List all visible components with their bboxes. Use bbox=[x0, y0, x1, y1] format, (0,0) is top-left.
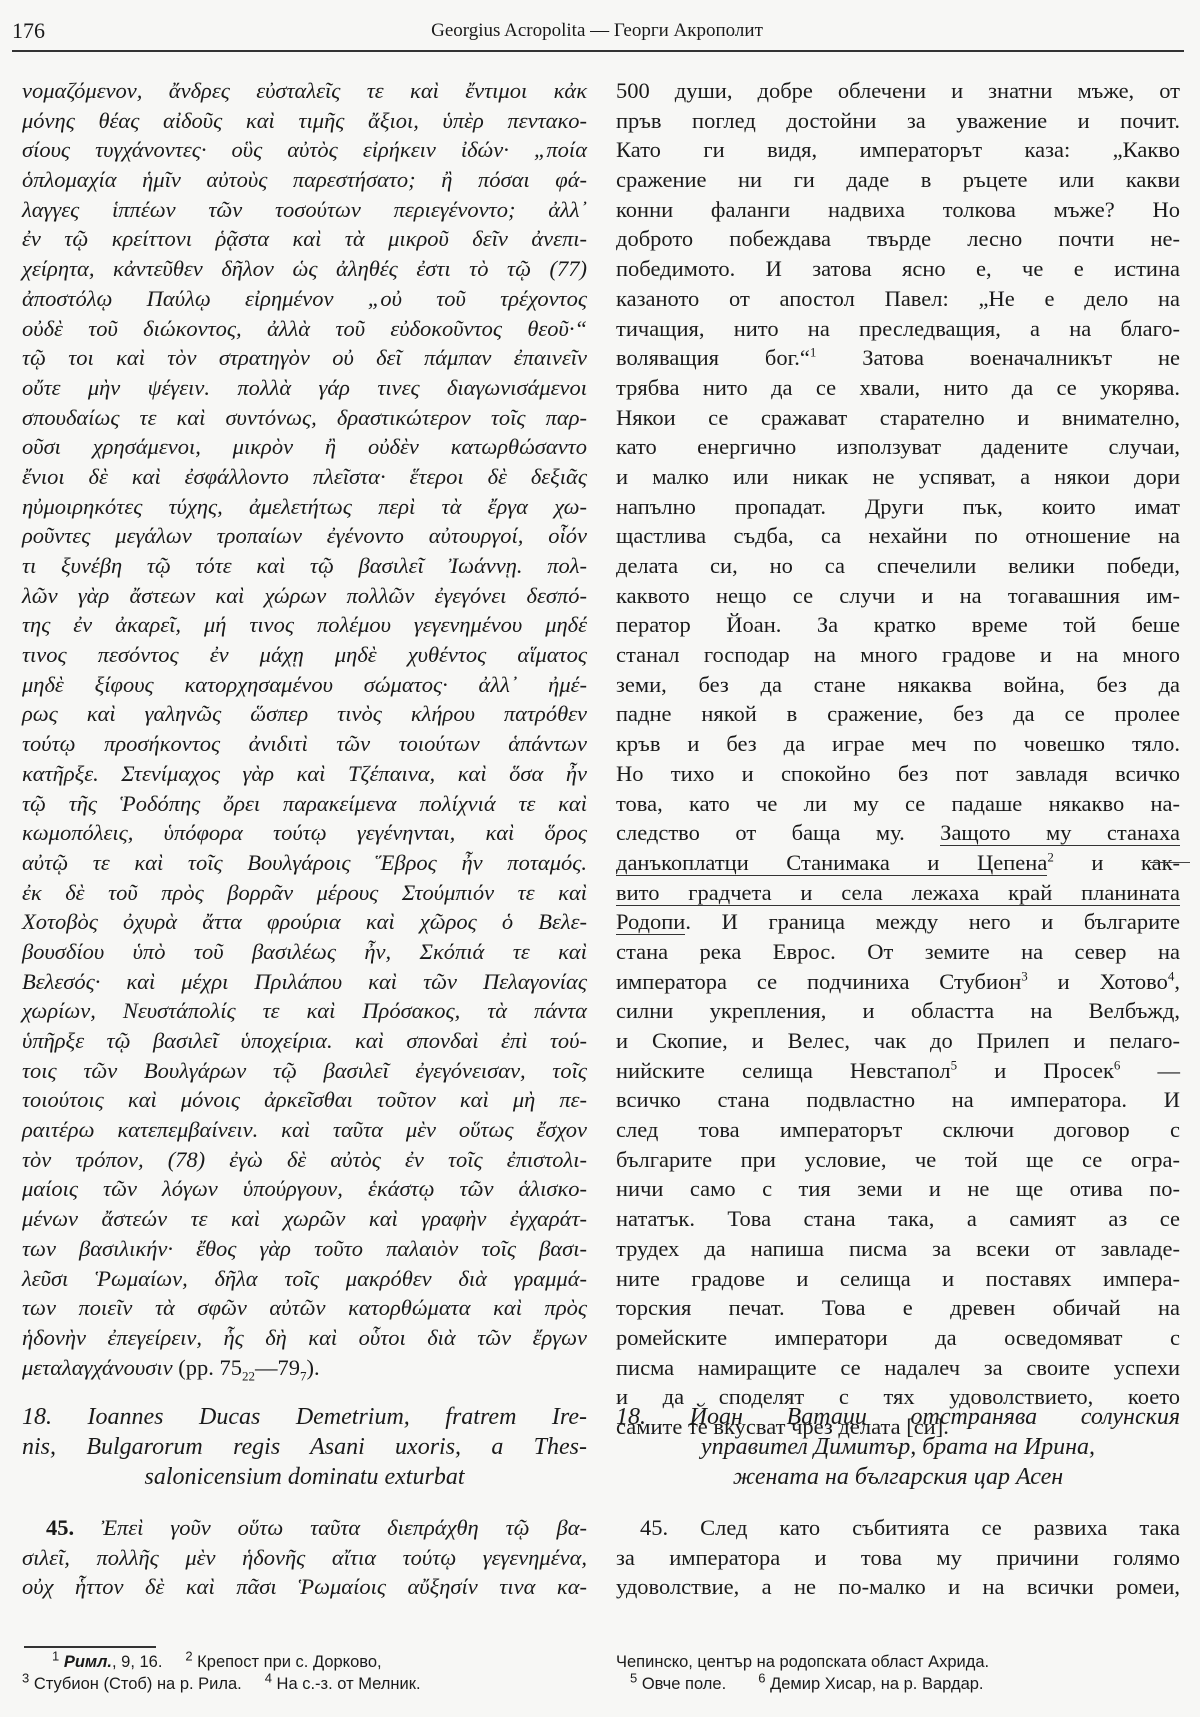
text-fragment: Затова военачалникът не bbox=[816, 345, 1180, 370]
page-ref-prefix: (pp. 75 bbox=[178, 1355, 242, 1380]
text-line: σίους τυγχάνοντες· οὓς αὐτὸς εἰρήκειν ἰδ… bbox=[22, 135, 587, 165]
text-line: и малко или никак не успяват, а някои до… bbox=[616, 462, 1180, 492]
text-line: конни фаланги надвиха толкова мъже? Но bbox=[616, 195, 1180, 225]
text-line: торския печат. Това е древен обичай на bbox=[616, 1293, 1180, 1323]
last-line-text: μεταλαγχάνουσιν bbox=[22, 1355, 173, 1380]
paragraph-number: 45. bbox=[46, 1515, 74, 1540]
text-line: вито градчета и села лежаха край планина… bbox=[616, 878, 1180, 908]
text-line: ὁπλομαχία ἡμῖν αὐτοὺς παρεστήσατο; ἢ πόσ… bbox=[22, 165, 587, 195]
text-line: ἡδονὴν ἐπεγείρειν, ἧς δὴ καὶ οὗτοι διὰ τ… bbox=[22, 1323, 587, 1353]
text-line: ἐν τῷ κρείττονι ῥᾷστα καὶ τὰ μικροῦ δεῖν… bbox=[22, 224, 587, 254]
text-fragment: императора се подчиниха Стубион bbox=[616, 969, 1021, 994]
title-line: 18. Йоан Ватаци отстранява солунския bbox=[616, 1402, 1180, 1432]
title-line: управител Димитър, брата на Ирина, bbox=[616, 1432, 1180, 1462]
footnote-text: , 9, 16. bbox=[112, 1653, 162, 1671]
text-line: τοις τῶν Βουλγάρων τῷ βασιλεῖ ἐγεγόνεισα… bbox=[22, 1056, 587, 1086]
footnote-number: 4 bbox=[265, 1671, 272, 1686]
text-line: λεῦσι Ῥωμαίων, δῆλα τοῖς μακρόθεν διὰ γρ… bbox=[22, 1264, 587, 1294]
text-line: станал господар на много градове и на мн… bbox=[616, 640, 1180, 670]
text-line: μαίοις τῶν λόγων ὑπούργουν, ἑκάστῳ τῶν ἁ… bbox=[22, 1174, 587, 1204]
footnote-number: 1 bbox=[52, 1649, 59, 1664]
text-line: нийските селища Невстапол5 и Просек6 — bbox=[616, 1056, 1180, 1086]
text-line: ηὐμοιρηκότες τύχης, ἀμελετήτως περὶ τὰ ἔ… bbox=[22, 492, 587, 522]
text-line: победимото. И затова ясно е, че е истина bbox=[616, 254, 1180, 284]
page-ref-line-start: 22 bbox=[242, 1368, 255, 1383]
underlined-passage: вито градчета и села лежаха край планина… bbox=[616, 880, 1180, 906]
footnote-text: Овче поле. bbox=[637, 1675, 726, 1693]
text-line: χωρίων, Νευστάπολίς τε καὶ Πρόσακος, τὰ … bbox=[22, 996, 587, 1026]
text-line: пръв поглед достойни за уважение и почит… bbox=[616, 106, 1180, 136]
text-line: ἐκ δὲ τοῦ πρὸς βορρᾶν μέρους Στούμπιόν τ… bbox=[22, 878, 587, 908]
text-line: ἔνιοι δὲ καὶ ἐσφάλλοντο πλεῖστα· ἕτεροι … bbox=[22, 462, 587, 492]
text-line: ператор Йоан. За кратко време той беше bbox=[616, 610, 1180, 640]
pencil-mark bbox=[1150, 862, 1190, 863]
text-line: χείρητα, κἀντεῦθεν δῆλον ὡς ἀληθές ἐστι … bbox=[22, 254, 587, 284]
text-line: αὐτῷ τε καὶ τοῖς Βουλγάροις Ἕβρος ἦν ποτ… bbox=[22, 848, 587, 878]
text-line: οὐχ ἧττον δὲ καὶ πᾶσι Ῥωμαίοις αὔξησίν τ… bbox=[22, 1572, 587, 1602]
text-line: των βασιλικήν· ἔθος γὰρ τοῦτο παλαιὸν το… bbox=[22, 1234, 587, 1264]
text-line: σιλεῖ, πολλῆς μὲν ἡδονῆς αἴτια τούτῳ γεγ… bbox=[22, 1543, 587, 1573]
text-line: каквото нещо се случи и на тогавашния им… bbox=[616, 581, 1180, 611]
text-line: ните градове и селища и поставях импера- bbox=[616, 1264, 1180, 1294]
text-fragment: Ἐπεὶ γοῦν οὕτω ταῦτα διεπράχθη τῷ βα- bbox=[101, 1515, 587, 1540]
text-line: τῷ τῆς Ῥοδόπης ὄρει παρακείμενα πολίχνιά… bbox=[22, 789, 587, 819]
text-line: 45. След като събитията се развиха така bbox=[616, 1513, 1180, 1543]
text-line: τοιούτοις καὶ μόνοις ἀρκεῖσθαι τοῦτον κα… bbox=[22, 1085, 587, 1115]
page-reference: (pp. 7522—797). bbox=[178, 1355, 319, 1380]
text-line: напълно пропадат. Други пък, които имат bbox=[616, 492, 1180, 522]
text-line: τῷ τοι καὶ τὸν στρατηγὸν οὐ δεῖ πάμπαν ἐ… bbox=[22, 343, 587, 373]
text-line: των ποιεῖν τὰ σφῶν αὐτῶν κατορθώματα καὶ… bbox=[22, 1293, 587, 1323]
text-line: μηδὲ ξίφους κατορχησαμένου σώματος· ἀλλ᾽… bbox=[22, 670, 587, 700]
footnotes-right: Чепинско, център на родопската област Ах… bbox=[616, 1651, 1180, 1695]
text-line: ничи само с тия земи и не ще отива по- bbox=[616, 1174, 1180, 1204]
text-line: Но тихо и спокойно без пот завладя всичк… bbox=[616, 759, 1180, 789]
section-title-latin: 18. Ioannes Ducas Demetrium, fratrem Ire… bbox=[22, 1402, 587, 1492]
text-line: щастлива съдба, са нехайни по отношение … bbox=[616, 521, 1180, 551]
text-fragment: следство от баща му. bbox=[616, 820, 940, 845]
text-fragment: — bbox=[1120, 1058, 1180, 1083]
title-line: salonicensium dominatu exturbat bbox=[22, 1462, 587, 1492]
text-line: κατῆρξε. Στενίμαχος γὰρ καὶ Τζέπαινα, κα… bbox=[22, 759, 587, 789]
text-line: οὐδὲ τοῦ διώκοντος, ἀλλὰ τοῦ εὐδοκοῦντος… bbox=[22, 314, 587, 344]
section-title-bulgarian: 18. Йоан Ватаци отстранява солунския упр… bbox=[616, 1402, 1180, 1492]
text-fragment: и Хотово bbox=[1028, 969, 1168, 994]
text-line: τινος πεσόντος ἐν μάχῃ μηδὲ χυθέντος αἵμ… bbox=[22, 640, 587, 670]
text-line: кръв и без да играе меч по човешко тяло. bbox=[616, 729, 1180, 759]
text-line: Някои се сражават старателно и внимателн… bbox=[616, 403, 1180, 433]
text-fragment: нийските селища Невстапол bbox=[616, 1058, 951, 1083]
text-line: земи, без да стане някаква война, без да bbox=[616, 670, 1180, 700]
paragraph-45-greek: 45. Ἐπεὶ γοῦν οὕτω ταῦτα διεπράχθη τῷ βα… bbox=[22, 1513, 587, 1602]
text-line: и Скопие, и Велес, чак до Прилеп и пелаг… bbox=[616, 1026, 1180, 1056]
footnote-text: Стубион (Стоб) на р. Рила. bbox=[29, 1675, 242, 1693]
text-line: следство от баща му. Защото му станаха bbox=[616, 818, 1180, 848]
text-line: 500 души, добре облечени и знатни мъже, … bbox=[616, 76, 1180, 106]
text-line: стана река Еврос. От земите на север на bbox=[616, 937, 1180, 967]
text-line: οῦσι χρησάμενοι, μικρὸν ἢ οὐδὲν κατωρθώσ… bbox=[22, 432, 587, 462]
footnote-text: Крепост при с. Дорково, bbox=[193, 1653, 382, 1671]
text-line: нататък. Това стана така, а самият аз се bbox=[616, 1204, 1180, 1234]
footnote-line: Чепинско, център на родопската област Ах… bbox=[616, 1651, 1180, 1673]
title-line: nis, Bulgarorum regis Asani uxoris, a Th… bbox=[22, 1432, 587, 1462]
text-line: ρως καὶ γαληνῶς ὥσπερ τινὸς κλήρου πατρό… bbox=[22, 699, 587, 729]
text-line: 45. Ἐπεὶ γοῦν οὕτω ταῦτα διεπράχθη τῷ βα… bbox=[22, 1513, 587, 1543]
text-line: Като ги видя, императорът каза: „Какво bbox=[616, 135, 1180, 165]
underlined-passage: Родопи bbox=[616, 909, 685, 935]
greek-column: νομαζόμενον, ἄνδρες εὐσταλεῖς τε καὶ ἔντ… bbox=[22, 76, 587, 1382]
text-line: λῶν γὰρ ἄστεων καὶ χώρων πολλῶν ἐγεγόνει… bbox=[22, 581, 587, 611]
text-line: след това императорът сключи договор с bbox=[616, 1115, 1180, 1145]
text-line: сражение ни ги даде в ръцете или какви bbox=[616, 165, 1180, 195]
text-line: τι ξυνέβη τῷ τότε καὶ τῷ βασιλεῖ Ἰωάννῃ.… bbox=[22, 551, 587, 581]
text-line: νομαζόμενον, ἄνδρες εὐσταλεῖς τε καὶ ἔντ… bbox=[22, 76, 587, 106]
underlined-passage: Защото му станаха bbox=[940, 820, 1180, 846]
text-line: της ἐν ἀκαρεῖ, μή τινος πολέμου γεγενημέ… bbox=[22, 610, 587, 640]
text-line: ромейските императори да осведомяват с bbox=[616, 1323, 1180, 1353]
text-line: удоволствие, а не по-малко и на всички р… bbox=[616, 1572, 1180, 1602]
text-fragment: , bbox=[1174, 969, 1180, 994]
paragraph-45-bulgarian: 45. След като събитията се развиха така … bbox=[616, 1513, 1180, 1602]
underlined-passage: данъкоплатци Станимака и Цепена bbox=[616, 850, 1047, 876]
text-line: това, като че ли му се падаше някакво на… bbox=[616, 789, 1180, 819]
text-fragment: и Просек bbox=[957, 1058, 1114, 1083]
title-line: жената на българския цар Асен bbox=[616, 1462, 1180, 1492]
text-line: силни укрепления, и областта на Велбъжд, bbox=[616, 996, 1180, 1026]
text-line: σπουδαίως τε καὶ συντόνως, δραστικώτερον… bbox=[22, 403, 587, 433]
text-line: βουσδίου ὑπὸ τοῦ βασιλέως ἦν, Σκόπιά τε … bbox=[22, 937, 587, 967]
text-line: Βελεσός· καὶ μέχρι Πριλάπου καὶ τῶν Πελα… bbox=[22, 967, 587, 997]
text-line: μένων ἄστεών τε καὶ χωρῶν καὶ γραφὴν ἐγχ… bbox=[22, 1204, 587, 1234]
text-line-last: μεταλαγχάνουσιν (pp. 7522—797). bbox=[22, 1353, 587, 1383]
text-line: като енергично използуват дадените случа… bbox=[616, 432, 1180, 462]
text-line: Χοτοβὸς ὀχυρὰ ἄττα φρούρια καὶ χῶρος ὁ Β… bbox=[22, 907, 587, 937]
text-line: ὑπῆρξε τῷ βασιλεῖ ὑποχείρια. καὶ σπονδαὶ… bbox=[22, 1026, 587, 1056]
footnote-line: 5 Овче поле. 6 Демир Хисар, на р. Вардар… bbox=[616, 1673, 1180, 1695]
title-line: 18. Ioannes Ducas Demetrium, fratrem Ire… bbox=[22, 1402, 587, 1432]
footnote-line: 3 Стубион (Стоб) на р. Рила. 4 На с.-з. … bbox=[22, 1673, 587, 1695]
text-line: тичащия, нито на преследващия, а на благ… bbox=[616, 314, 1180, 344]
text-line: ροῦντες μεγάλων τροπαίων ἐγένοντο αὐτουρ… bbox=[22, 521, 587, 551]
footnote-source: Римл. bbox=[64, 1653, 112, 1671]
text-line: οὔτε μὴν ψέγειν. πολλὰ γάρ τινες διαγωνι… bbox=[22, 373, 587, 403]
footnotes-left: 1 Римл., 9, 16. 2 Крепост при с. Дорково… bbox=[22, 1651, 587, 1695]
page-ref-suffix: ). bbox=[306, 1355, 319, 1380]
text-line: писма намиращите се надалеч за своите ус… bbox=[616, 1353, 1180, 1383]
text-fragment: воляващия бог.“ bbox=[616, 345, 810, 370]
text-line: българите при условие, че той ще се огра… bbox=[616, 1145, 1180, 1175]
text-line: за императора и това му причини голямо bbox=[616, 1543, 1180, 1573]
paragraph-number: 45. bbox=[640, 1515, 668, 1540]
header-rule bbox=[12, 50, 1184, 52]
text-line: τούτῳ προσήκοντος ἀνιδιτὶ τῶν τοιούτων ἁ… bbox=[22, 729, 587, 759]
text-line: воляващия бог.“1 Затова военачалникът не bbox=[616, 343, 1180, 373]
text-line: доброто побеждава твърде лесно почти не- bbox=[616, 224, 1180, 254]
text-line: Родопи. И граница между него и българите bbox=[616, 907, 1180, 937]
text-line: падне някой в сражение, без да се пролее bbox=[616, 699, 1180, 729]
text-line: μόνης θέας αἰδοῦς καὶ τιμῆς ἄξιοι, ὑπὲρ … bbox=[22, 106, 587, 136]
footnote-line: 1 Римл., 9, 16. 2 Крепост при с. Дорково… bbox=[22, 1651, 587, 1673]
footnote-text: На с.-з. от Мелник. bbox=[272, 1675, 421, 1693]
text-line: κωμοπόλεις, ὑπόφορα τούτῳ γεγένηνται, κα… bbox=[22, 818, 587, 848]
text-line: делата си, но са спечелили велики победи… bbox=[616, 551, 1180, 581]
text-line: императора се подчиниха Стубион3 и Хотов… bbox=[616, 967, 1180, 997]
text-line: ἀποστόλῳ Παύλῳ εἰρημένον „οὐ τοῦ τρέχοντ… bbox=[22, 284, 587, 314]
text-line: трябва нито да се хвали, нито да се укор… bbox=[616, 373, 1180, 403]
footnote-rule bbox=[24, 1646, 156, 1648]
text-line: λαγγες ἱππέων τῶν τοσούτων περιεγένοντο;… bbox=[22, 195, 587, 225]
footnote-number: 6 bbox=[758, 1671, 765, 1686]
text-line: всичко стана подвластно на императора. И bbox=[616, 1085, 1180, 1115]
book-page: 176 Georgius Acropolita — Георги Акропол… bbox=[0, 0, 1200, 1717]
text-line: ραιτέρω κατεπεμβαίνειν. καὶ ταῦτα μὲν οὕ… bbox=[22, 1115, 587, 1145]
text-line: данъкоплатци Станимака и Цепена2 и как- bbox=[616, 848, 1180, 878]
text-line: трудех да напиша писма за всеки от завла… bbox=[616, 1234, 1180, 1264]
running-title: Georgius Acropolita — Георги Акрополит bbox=[12, 20, 1182, 42]
page-ref-end: —79 bbox=[255, 1355, 300, 1380]
bulgarian-column: 500 души, добре облечени и знатни мъже, … bbox=[616, 76, 1180, 1442]
page-header: 176 Georgius Acropolita — Георги Акропол… bbox=[12, 18, 1182, 50]
text-fragment: . И граница между него и българите bbox=[685, 909, 1180, 934]
footnote-number: 2 bbox=[185, 1649, 192, 1664]
text-line: казаното от апостол Павел: „Не е дело на bbox=[616, 284, 1180, 314]
footnote-text: Демир Хисар, на р. Вардар. bbox=[766, 1675, 984, 1693]
text-line: τὸν τρόπον, (78) ἐγὼ δὲ αὐτὸς ἐν τοῖς ἐπ… bbox=[22, 1145, 587, 1175]
text-fragment: След като събитията се развиха така bbox=[700, 1515, 1180, 1540]
